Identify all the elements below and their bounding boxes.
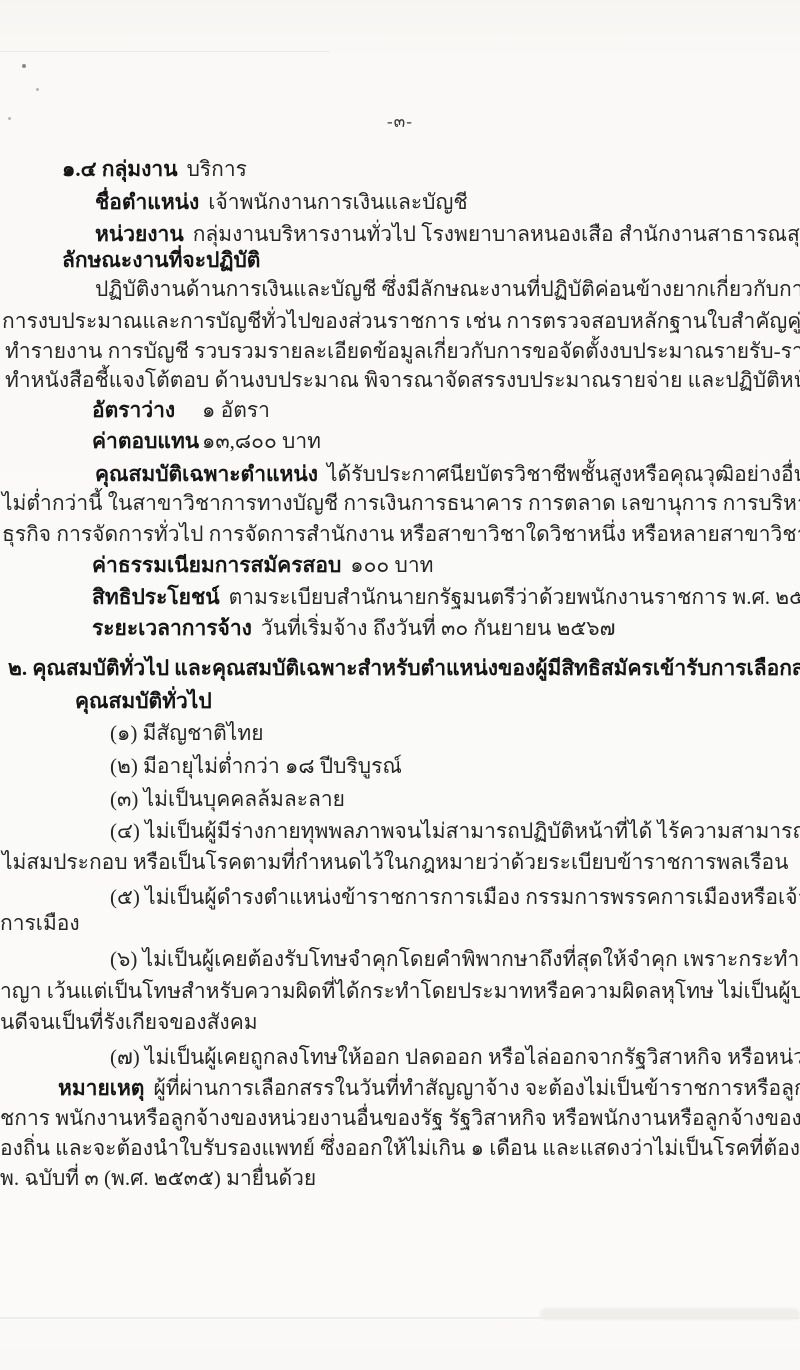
qualification-item-5-line-2: การเมือง [0, 910, 80, 936]
fee-value: ๑๐๐ บาท [350, 553, 433, 577]
salary-line: ค่าตอบแทน๑๓,๘๐๐ บาท [92, 428, 321, 454]
note-line-1: หมายเหตุผู้ที่ผ่านการเลือกสรรในวันที่ทำส… [58, 1075, 800, 1101]
scan-speck [22, 64, 26, 68]
benefits-label: สิทธิประโยชน์ [92, 585, 220, 609]
fee-line: ค่าธรรมเนียมการสมัครสอบ๑๐๐ บาท [92, 552, 433, 578]
note-text: ผู้ที่ผ่านการเลือกสรรในวันที่ทำสัญญาจ้าง… [153, 1076, 800, 1100]
group-line: ๑.๔ กลุ่มงานบริการ [62, 156, 247, 182]
note-line-3: องถิ่น และจะต้องนำใบรับรองแพทย์ ซึ่งออกใ… [0, 1135, 800, 1161]
unit-label: หน่วยงาน [95, 222, 184, 246]
period-line: ระยะเวลาการจ้างวันที่เริ่มจ้าง ถึงวันที่… [92, 615, 615, 641]
position-label: ชื่อตำแหน่ง [95, 190, 199, 214]
vacancy-label: อัตราว่าง [92, 397, 202, 423]
section2-heading: ๒. คุณสมบัติทั่วไป และคุณสมบัติเฉพาะสำหร… [8, 655, 800, 681]
duties-line-2: การงบประมาณและการบัญชีทั่วไปของส่วนราชกา… [2, 308, 800, 334]
qualification-item-2: (๒) มีอายุไม่ต่ำกว่า ๑๘ ปีบริบูรณ์ [110, 753, 402, 779]
qualification-line-1: คุณสมบัติเฉพาะตำแหน่งได้รับประกาศนียบัตร… [95, 461, 800, 487]
unit-value: กลุ่มงานบริหารงานทั่วไป โรงพยาบาลหนองเสื… [193, 222, 800, 246]
benefits-line: สิทธิประโยชน์ตามระเบียบสำนักนายกรัฐมนตรี… [92, 584, 800, 610]
qualification-label: คุณสมบัติเฉพาะตำแหน่ง [95, 462, 318, 486]
salary-label: ค่าตอบแทน [92, 428, 202, 454]
qualification-item-7: (๗) ไม่เป็นผู้เคยถูกลงโทษให้ออก ปลดออก ห… [110, 1044, 800, 1070]
qualification-item-6-line-3: นดีจนเป็นที่รังเกียจของสังคม [0, 1009, 258, 1035]
scan-speck [36, 88, 39, 91]
note-line-2: ชการ พนักงานหรือลูกจ้างของหน่วยงานอื่นขอ… [0, 1105, 800, 1131]
note-line-4: พ. ฉบับที่ ๓ (พ.ศ. ๒๕๓๕) มายื่นด้วย [0, 1165, 316, 1191]
qualification-item-5-line-1: (๕) ไม่เป็นผู้ดำรงตำแหน่งข้าราชการการเมื… [110, 884, 800, 910]
benefits-value: ตามระเบียบสำนักนายกรัฐมนตรีว่าด้วยพนักงา… [229, 585, 800, 609]
section2-subheading: คุณสมบัติทั่วไป [75, 688, 212, 714]
unit-line: หน่วยงานกลุ่มงานบริหารงานทั่วไป โรงพยาบา… [95, 221, 800, 247]
qualification-item-4-line-2: ไม่สมประกอบ หรือเป็นโรคตามที่กำหนดไว้ในก… [2, 849, 789, 875]
scanned-document-page: -๓- ๑.๔ กลุ่มงานบริการ ชื่อตำแหน่งเจ้าพน… [0, 0, 800, 1370]
qualification-text: ได้รับประกาศนียบัตรวิชาชีพชั้นสูงหรือคุณ… [327, 462, 800, 486]
position-line: ชื่อตำแหน่งเจ้าพนักงานการเงินและบัญชี [95, 189, 468, 215]
group-value: บริการ [187, 157, 247, 181]
duties-line-3: ทำรายงาน การบัญชี รวบรวมรายละเอียดข้อมูล… [5, 338, 800, 364]
vacancy-line: อัตราว่าง๑ อัตรา [92, 397, 270, 423]
note-label: หมายเหตุ [58, 1076, 144, 1100]
fee-label: ค่าธรรมเนียมการสมัครสอบ [92, 553, 341, 577]
vacancy-value: ๑ อัตรา [202, 398, 270, 422]
duties-line-1: ปฏิบัติงานด้านการเงินและบัญชี ซึ่งมีลักษ… [95, 276, 800, 302]
qualification-line-2: ไม่ต่ำกว่านี้ ในสาขาวิชาการทางบัญชี การเ… [2, 490, 800, 516]
qualification-item-1: (๑) มีสัญชาติไทย [110, 720, 264, 746]
position-value: เจ้าพนักงานการเงินและบัญชี [208, 190, 467, 214]
scan-bottom-edge [0, 1317, 800, 1319]
qualification-item-6-line-2: าญา เว้นแต่เป็นโทษสำหรับความผิดที่ได้กระ… [0, 978, 800, 1004]
qualification-item-6-line-1: (๖) ไม่เป็นผู้เคยต้องรับโทษจำคุกโดยคำพิพ… [110, 946, 800, 972]
page-number: -๓- [0, 108, 800, 135]
qualification-item-4-line-1: (๔) ไม่เป็นผู้มีร่างกายทุพพลภาพจนไม่สามา… [110, 818, 800, 844]
duties-heading: ลักษณะงานที่จะปฏิบัติ [62, 247, 260, 273]
group-label: ๑.๔ กลุ่มงาน [62, 157, 178, 181]
scan-top-edge [0, 51, 330, 52]
period-label: ระยะเวลาการจ้าง [92, 616, 252, 640]
qualification-line-3: ธุรกิจ การจัดการทั่วไป การจัดการสำนักงาน… [2, 521, 800, 547]
period-value: วันที่เริ่มจ้าง ถึงวันที่ ๓๐ กันยายน ๒๕๖… [261, 616, 615, 640]
duties-line-4: ทำหนังสือชี้แจงโต้ตอบ ด้านงบประมาณ พิจาร… [5, 367, 800, 393]
qualification-item-3: (๓) ไม่เป็นบุคคลล้มละลาย [110, 786, 345, 812]
salary-value: ๑๓,๘๐๐ บาท [202, 429, 321, 453]
